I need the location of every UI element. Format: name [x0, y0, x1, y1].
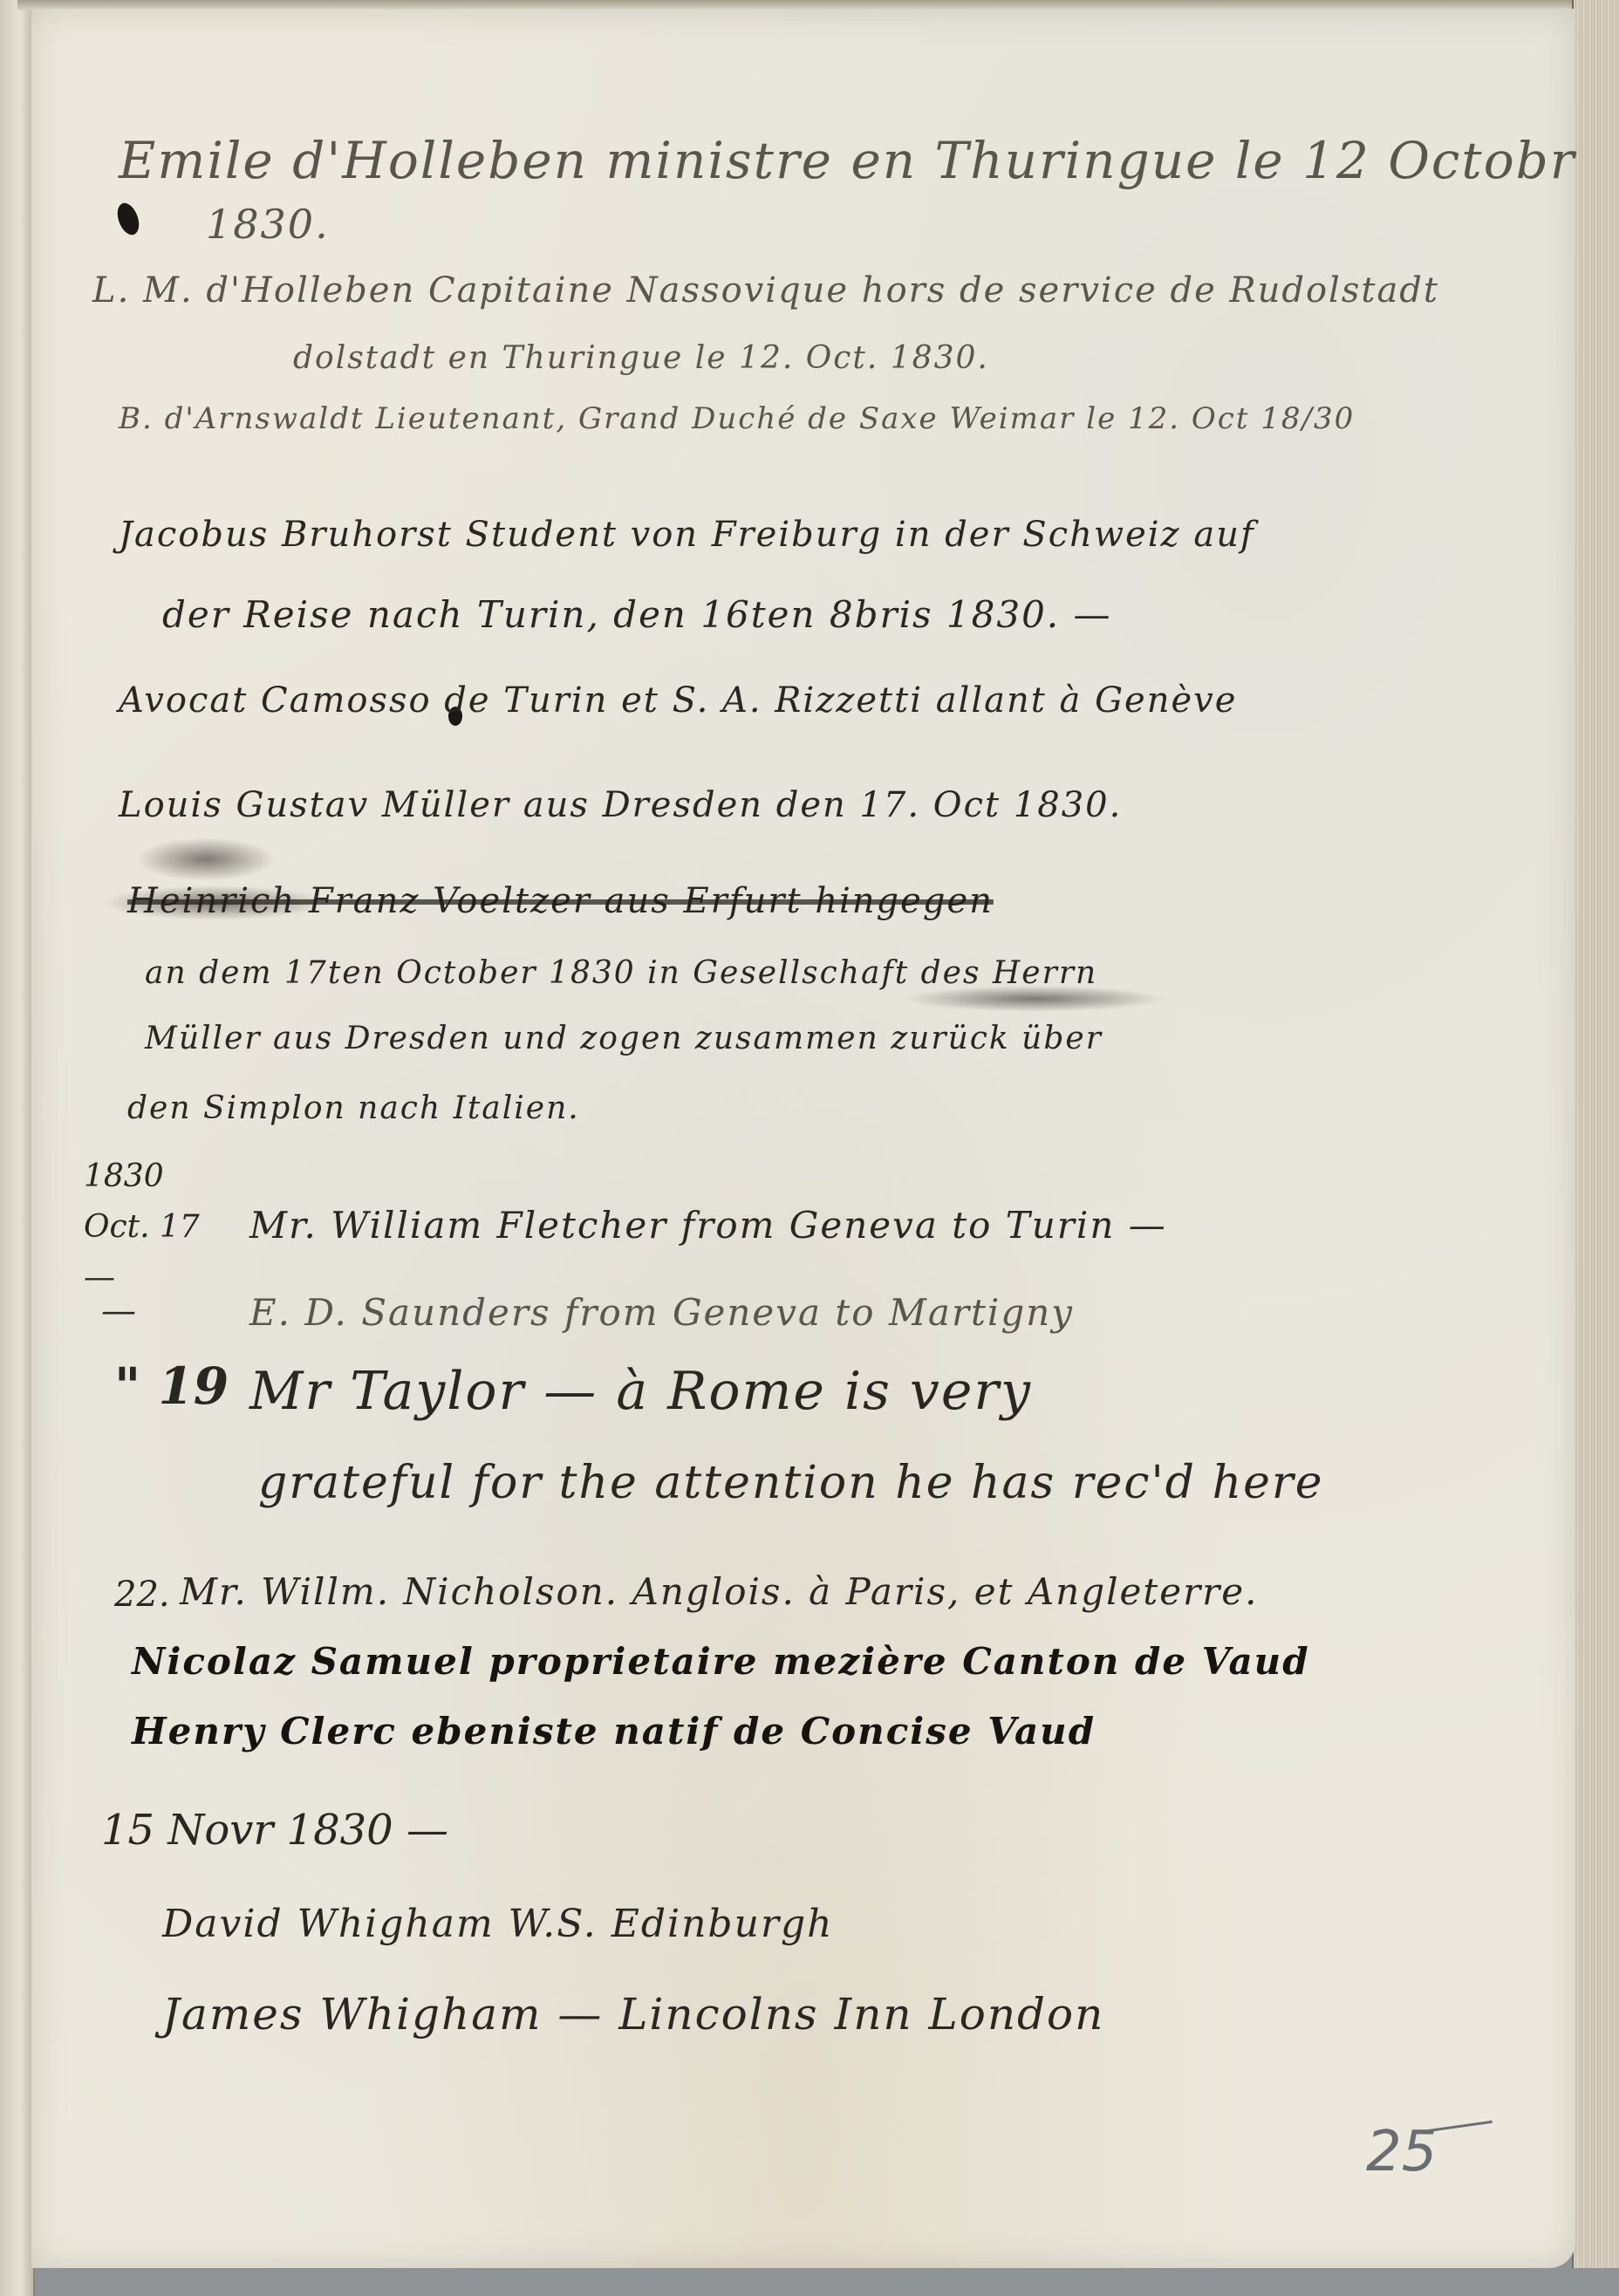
entry-nicholson: Mr. Willm. Nicholson. Anglois. à Paris, …: [180, 1570, 1258, 1613]
margin-date-nov-15: 15 Novr 1830 —: [101, 1806, 448, 1855]
entry-bruhorst-cont: der Reise nach Turin, den 16ten 8bris 18…: [162, 593, 1112, 636]
margin-date-oct-17: 1830 Oct. 17 —: [84, 1151, 223, 1303]
manuscript-page: Emile d'Holleben ministre en Thuringue l…: [31, 9, 1575, 2268]
entry-voeltzer-line2: an dem 17ten October 1830 in Gesellschaf…: [145, 955, 1097, 991]
entry-camosso: Avocat Camosso de Turin et S. A. Rizzett…: [119, 680, 1237, 721]
margin-date-19: " 19: [114, 1356, 229, 1416]
entry-holleben-lm: L. M. d'Holleben Capitaine Nassovique ho…: [92, 270, 1439, 311]
entry-voeltzer-struck: Heinrich Franz Voeltzer aus Erfurt hinge…: [127, 881, 994, 921]
entry-nicolaz: Nicolaz Samuel proprietaire mezière Cant…: [132, 1640, 1310, 1683]
entry-voeltzer-line4: den Simplon nach Italien.: [127, 1090, 580, 1126]
entry-james-whigham: James Whigham — Lincolns Inn London: [162, 1989, 1104, 2040]
margin-dash: —: [101, 1291, 136, 1331]
entry-muller: Louis Gustav Müller aus Dresden den 17. …: [119, 785, 1122, 825]
entry-clerc: Henry Clerc ebeniste natif de Concise Va…: [132, 1710, 1096, 1753]
page-number: 25: [1366, 2120, 1437, 2184]
entry-arnswaldt: B. d'Arnswaldt Lieutenant, Grand Duché d…: [119, 401, 1355, 436]
entry-holleben-emile-year: 1830.: [206, 201, 330, 248]
previous-page-edge: [0, 0, 35, 2296]
entry-saunders: E. D. Saunders from Geneva to Martigny: [249, 1291, 1074, 1334]
stacked-page-edges: [1572, 0, 1619, 2268]
margin-date-22: 22.: [114, 1575, 170, 1615]
entry-holleben-emile: Emile d'Holleben ministre en Thuringue l…: [119, 131, 1576, 190]
entry-fletcher: Mr. William Fletcher from Geneva to Turi…: [249, 1204, 1167, 1247]
entry-bruhorst: Jacobus Bruhorst Student von Freiburg in…: [119, 515, 1255, 555]
entry-holleben-lm-cont: dolstadt en Thuringue le 12. Oct. 1830.: [293, 340, 989, 376]
ink-blot: [113, 200, 143, 237]
entry-taylor-cont: grateful for the attention he has rec'd …: [258, 1457, 1324, 1509]
entry-taylor: Mr Taylor — à Rome is very: [249, 1361, 1032, 1422]
ink-smudge: [136, 837, 276, 881]
entry-voeltzer-line3: Müller aus Dresden und zogen zusammen zu…: [145, 1021, 1103, 1056]
entry-david-whigham: David Whigham W.S. Edinburgh: [162, 1902, 833, 1946]
